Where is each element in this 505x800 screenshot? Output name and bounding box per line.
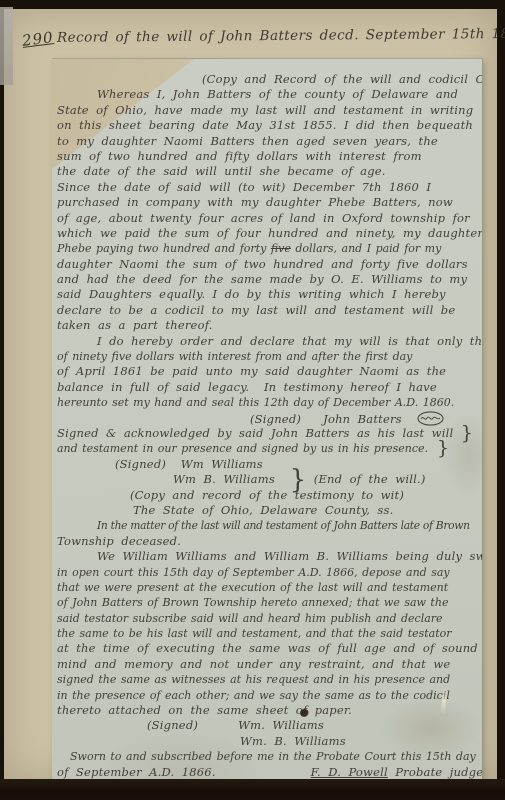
document-line: signed the same as witnesses at his requ… (57, 672, 482, 687)
document-line: and had the deed for the same made by O.… (57, 272, 482, 287)
text-segment: the date of the said will until she beca… (57, 164, 386, 178)
text-segment: declare to be a codicil to my last will … (57, 303, 455, 317)
document-line: Wm. B. Williams (57, 734, 482, 749)
document-line: declare to be a codicil to my last will … (57, 303, 482, 318)
text-segment: Wm B. Williams (173, 472, 290, 486)
text-segment: Since the date of said will (to wit) Dec… (57, 180, 431, 194)
text-segment: said testator subscribe said will and he… (57, 612, 443, 625)
text-segment: Wm. B. Williams (240, 734, 346, 748)
text-segment: of September A.D. 1866. (57, 765, 216, 779)
text-segment: The State of Ohio, Delaware County, ss. (133, 503, 393, 517)
document-line: of ninety five dollars with interest fro… (57, 349, 482, 364)
scan-edge-sliver (0, 7, 13, 85)
document-line: Signed & acknowledged by said John Batte… (57, 426, 482, 441)
text-segment: Phebe paying two hundred and forty (57, 242, 271, 255)
document-line: said Daughters equally. I do by this wri… (57, 287, 482, 302)
text-segment: of April 1861 be paid unto my said daugh… (57, 364, 446, 378)
document-line: In the matter of the last will and testa… (57, 518, 482, 533)
document-line: of April 1861 be paid unto my said daugh… (57, 364, 482, 379)
document-line: sum of two hundred and fifty dollars wit… (57, 149, 482, 164)
text-segment: of John Batters of Brown Township hereto… (57, 596, 448, 609)
text-segment: We William Williams and William B. Willi… (97, 549, 483, 563)
text-segment: dollars, and I paid for my (291, 242, 441, 255)
document-line: at the time of executing the same was of… (57, 641, 482, 656)
document-line: balance in full of said legacy. In testi… (57, 380, 482, 395)
text-segment: (Signed) John Batters (250, 412, 417, 426)
document-line: Since the date of said will (to wit) Dec… (57, 180, 482, 195)
text-segment: hereunto set my hand and seal this 12th … (57, 396, 454, 409)
document-line: that we were present at the execution of… (57, 580, 482, 595)
document-line: Township deceased. (57, 534, 482, 549)
text-segment: mind and memory and not under any restra… (57, 657, 450, 671)
document-line: We William Williams and William B. Willi… (57, 549, 482, 564)
text-segment: Township deceased. (57, 534, 181, 548)
struck-word: five (271, 242, 291, 255)
document-line: said testator subscribe said will and he… (57, 611, 482, 626)
document-line: on this sheet bearing date May 31st 1855… (57, 118, 482, 133)
document-line: the date of the said will until she beca… (57, 164, 482, 179)
text-segment: (Signed) Wm Williams (115, 457, 263, 471)
document-line: of John Batters of Brown Township hereto… (57, 595, 482, 610)
text-segment: in the presence of each other; and we sa… (57, 689, 450, 702)
text-segment: balance in full of said legacy. In testi… (57, 380, 437, 394)
will-record-sheet: (Copy and Record of the will and codicil… (52, 58, 483, 779)
text-segment: I do hereby order and declare that my wi… (97, 334, 483, 348)
document-line: thereto attached on the same sheet of pa… (57, 703, 482, 718)
text-segment: of ninety five dollars with interest fro… (57, 350, 412, 363)
text-segment: signed the same as witnesses at his requ… (57, 673, 450, 686)
text-segment: (Signed) (147, 718, 198, 732)
text-segment: (Copy and record of the testimony to wit… (130, 488, 404, 502)
document-line: daughter Naomi the sum of two hundred an… (57, 257, 482, 272)
text-segment: (End of the will.) (306, 472, 425, 486)
text-segment: which we paid the sum of four hundred an… (57, 226, 483, 240)
document-line: The State of Ohio, Delaware County, ss. (57, 503, 482, 518)
document-line: in the presence of each other; and we sa… (57, 688, 482, 703)
document-line: (Signed) Wm Williams (57, 457, 482, 472)
text-segment: Whereas I, John Batters of the county of… (97, 87, 458, 101)
text-segment: (Copy and Record of the will and codicil… (202, 72, 483, 86)
document-line: purchased in company with my daughter Ph… (57, 195, 482, 210)
text-segment: Sworn to and subscribed before me in the… (70, 750, 476, 763)
page-number: 290 (21, 28, 55, 50)
document-line: (Copy and record of the testimony to wit… (57, 488, 482, 503)
document-line: taken as a part thereof. (57, 318, 482, 333)
document-line: which we paid the sum of four hundred an… (57, 226, 482, 241)
text-segment: of age, about twenty four acres of land … (57, 211, 470, 225)
document-line: the same to be his last will and testame… (57, 626, 482, 641)
document-lines: (Copy and Record of the will and codicil… (52, 59, 482, 779)
text-segment: said Daughters equally. I do by this wri… (57, 287, 446, 301)
text-segment: sum of two hundred and fifty dollars wit… (57, 149, 422, 163)
document-line: Whereas I, John Batters of the county of… (57, 87, 482, 102)
document-line: Phebe paying two hundred and forty five … (57, 241, 482, 256)
text-segment: and testament in our presence and signed… (57, 442, 437, 455)
document-line: Wm B. Williams } (End of the will.) (57, 472, 482, 487)
document-line: (Signed)Wm. Williams (57, 718, 482, 733)
document-line: (Copy and Record of the will and codicil… (57, 72, 482, 87)
document-line: mind and memory and not under any restra… (57, 657, 482, 672)
text-segment: State of Ohio, have made my last will an… (57, 103, 473, 117)
document-line: in open court this 15th day of September… (57, 565, 482, 580)
document-line: State of Ohio, have made my last will an… (57, 103, 482, 118)
judge-signature: F. D. Powell (311, 765, 388, 779)
text-segment: daughter Naomi the sum of two hundred an… (57, 257, 468, 271)
document-line: of September A.D. 1866.F. D. Powell Prob… (57, 765, 482, 779)
text-segment: the same to be his last will and testame… (57, 627, 452, 640)
text-segment: at the time of executing the same was of… (57, 641, 478, 655)
ink-blot (300, 709, 309, 717)
text-segment: and had the deed for the same made by O.… (57, 272, 467, 286)
document-line: Sworn to and subscribed before me in the… (57, 749, 482, 764)
document-line: to my daughter Naomi Batters then aged s… (57, 134, 482, 149)
text-segment: purchased in company with my daughter Ph… (57, 195, 453, 209)
text-segment: Signed & acknowledged by said John Batte… (57, 426, 461, 440)
text-segment: In the matter of the last will and testa… (97, 519, 470, 532)
text-segment: on this sheet bearing date May 31st 1855… (57, 118, 473, 132)
text-segment: to my daughter Naomi Batters then aged s… (57, 134, 438, 148)
text-segment: that we were present at the execution of… (57, 581, 448, 594)
text-segment: in open court this 15th day of September… (57, 566, 450, 579)
document-line: hereunto set my hand and seal this 12th … (57, 395, 482, 410)
scanned-ledger-page: { "page": { "number": "290" }, "header":… (0, 0, 505, 800)
brace-mark: } (461, 422, 473, 444)
text-segment: taken as a part thereof. (57, 318, 213, 332)
text-segment: Wm. Williams (238, 718, 324, 732)
document-line: I do hereby order and declare that my wi… (57, 334, 482, 349)
document-line: (Signed) John Batters (57, 411, 482, 426)
document-line: of age, about twenty four acres of land … (57, 211, 482, 226)
text-segment: Probate judge. (388, 765, 483, 779)
brace-mark: } (437, 437, 449, 459)
document-line: and testament in our presence and signed… (57, 441, 482, 456)
book-binding-edge (0, 779, 505, 800)
